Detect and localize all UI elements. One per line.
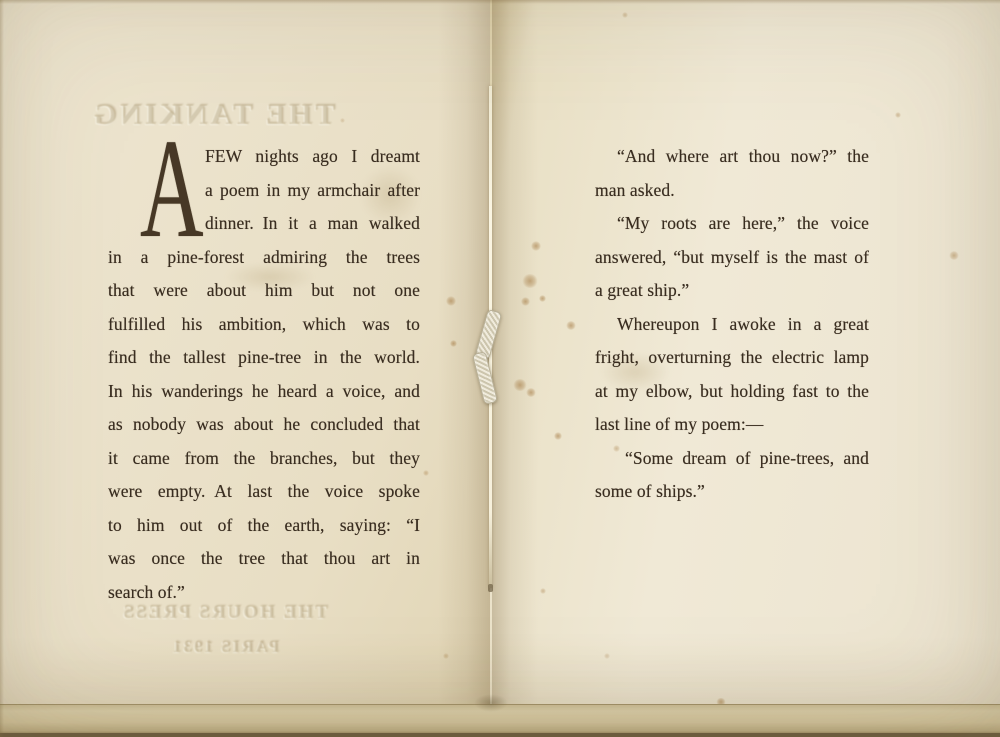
foxing-spot: [566, 321, 576, 330]
text-line: to him out of the earth, saying: “I: [108, 509, 420, 543]
foxing-spot: [526, 388, 536, 397]
foxing-spot: [554, 432, 562, 440]
foxing-spot: [423, 470, 429, 476]
text-line: some of ships.”: [595, 475, 869, 509]
photo-bottom-edge: [0, 733, 1000, 737]
foxing-spot: [613, 445, 620, 452]
text-line: last line of my poem:—: [595, 408, 869, 442]
gutter-bottom-notch: [474, 694, 508, 712]
text-line: a poem in my armchair after: [205, 174, 420, 208]
text-line: fright, overturning the electric lamp: [595, 341, 869, 375]
showthrough-title: THE TANKING: [88, 98, 338, 132]
foxing-spot: [895, 112, 901, 118]
text-line: were empty. At last the voice spoke: [108, 475, 420, 509]
right-page-text: “And where art thou now?” the man asked.…: [595, 140, 869, 509]
text-line: dinner. In it a man walked: [205, 207, 420, 241]
text-line: that were about him but not one: [108, 274, 420, 308]
foxing-spot: [446, 296, 456, 306]
foxing-spot: [539, 295, 546, 302]
text-line: In his wanderings he heard a voice, and: [108, 375, 420, 409]
text-line: find the tallest pine-tree in the world.: [108, 341, 420, 375]
text-line: it came from the branches, but they: [108, 442, 420, 476]
text-line: answered, “but myself is the mast of: [595, 241, 869, 275]
foxing-spot: [513, 379, 527, 391]
text-line: search of.”: [108, 576, 420, 610]
text-line: was once the tree that thou art in: [108, 542, 420, 576]
foxing-spot: [531, 241, 541, 251]
text-line: “My roots are here,” the voice: [595, 207, 869, 241]
text-line: “Some dream of pine-trees, and: [595, 442, 869, 476]
text-line: as nobody was about he concluded that: [108, 408, 420, 442]
foxing-spot: [450, 340, 457, 347]
photo-left-edge: [0, 0, 4, 737]
foxing-spot: [949, 251, 959, 260]
text-line: a great ship.”: [595, 274, 869, 308]
text-line: Whereupon I awoke in a great: [595, 308, 869, 342]
foxing-spot: [340, 118, 345, 123]
foxing-spot: [540, 588, 546, 594]
text-line: at my elbow, but holding fast to the: [595, 375, 869, 409]
binding-thread-end: [488, 584, 493, 592]
text-line: “And where art thou now?” the: [595, 140, 869, 174]
gutter-shadow-right: [492, 0, 538, 704]
photo-top-edge: [0, 0, 1000, 4]
foxing-spot: [521, 297, 530, 306]
text-line: man asked.: [595, 174, 869, 208]
foxing-spot: [622, 12, 628, 18]
text-line: FEW nights ago I dreamt: [205, 140, 420, 174]
book-spread: THE TANKING THE HOURS PRESS PARIS 1931 A…: [0, 0, 1000, 737]
text-line: in a pine-forest admiring the trees: [108, 241, 420, 275]
left-page-text: FEW nights ago I dreamt a poem in my arm…: [108, 140, 420, 609]
text-line: fulfilled his ambition, which was to: [108, 308, 420, 342]
foxing-spot: [522, 274, 538, 288]
